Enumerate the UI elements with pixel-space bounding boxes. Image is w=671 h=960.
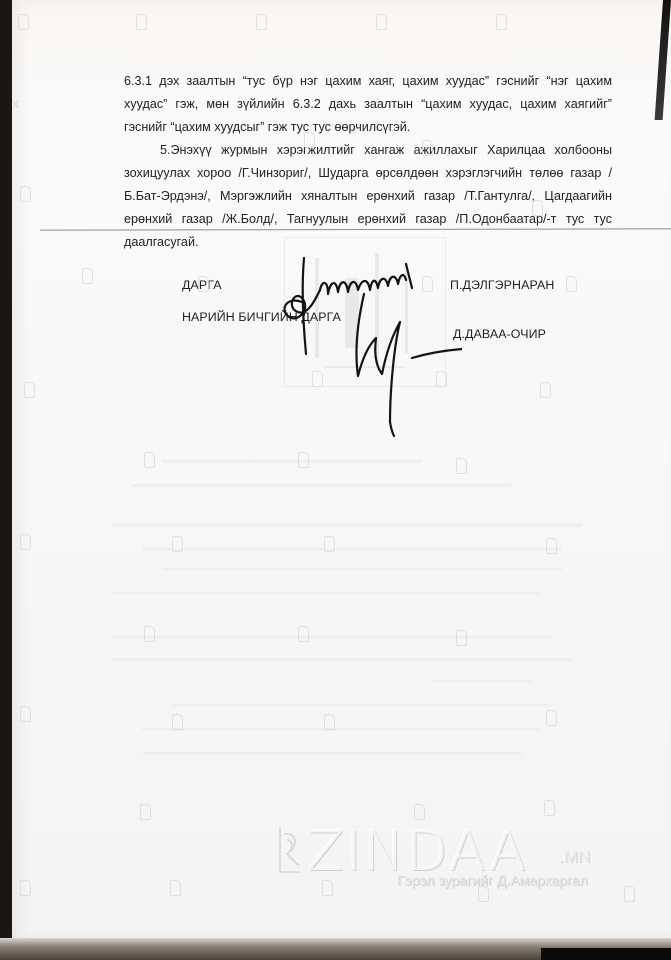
watermark-icon xyxy=(256,14,267,30)
background-edge-mark: x xyxy=(12,95,19,111)
watermark-icon xyxy=(20,706,31,722)
watermark-icon xyxy=(422,276,433,292)
watermark-icon xyxy=(18,14,29,30)
secretary-name: Д.ДАВАА-ОЧИР xyxy=(453,327,546,341)
watermark-icon xyxy=(456,630,467,646)
watermark-icon xyxy=(136,14,147,30)
watermark-icon xyxy=(546,710,557,726)
watermark-icon xyxy=(544,800,555,816)
watermark-icon xyxy=(82,268,93,284)
watermark-icon xyxy=(324,714,335,730)
watermark-icon xyxy=(20,880,31,896)
document-page: x 6.3.1 дэх заалтын “тус бүр нэг цахим х… xyxy=(12,0,671,940)
chair-name: П.ДЭЛГЭРНАРАН xyxy=(450,278,554,292)
watermark-icon xyxy=(24,382,35,398)
watermark-icon xyxy=(144,626,155,642)
watermark-icon xyxy=(20,534,31,550)
watermark-icon xyxy=(298,626,309,642)
watermark-icon xyxy=(540,382,551,398)
watermark-icon xyxy=(304,132,315,148)
watermark-icon xyxy=(140,804,151,820)
watermark-icon xyxy=(532,200,543,216)
watermark-icon xyxy=(172,714,183,730)
watermark-icon xyxy=(414,804,425,820)
paragraph-6-3: 6.3.1 дэх заалтын “тус бүр нэг цахим хая… xyxy=(124,70,612,139)
watermark-icon xyxy=(456,458,467,474)
watermark-icon xyxy=(546,538,557,554)
watermark-icon xyxy=(198,276,209,292)
watermark-icon xyxy=(170,880,181,896)
photo-background-corner xyxy=(541,948,671,960)
watermark-icon xyxy=(144,452,155,468)
watermark-tld: .MN xyxy=(559,847,590,867)
watermark-icon xyxy=(20,186,31,202)
watermark-icon xyxy=(496,14,507,30)
zindaa-watermark: ZINDAA .MN Гэрэл зурагийг Д.Амархаргал xyxy=(277,820,637,890)
handwritten-signatures xyxy=(272,250,462,440)
watermark-photo-credit: Гэрэл зурагийг Д.Амархаргал xyxy=(397,872,588,888)
watermark-icon xyxy=(436,371,447,387)
watermark-icon xyxy=(172,536,183,552)
zindaa-logo-icon xyxy=(277,826,303,874)
watermark-icon xyxy=(422,140,433,156)
watermark-icon xyxy=(324,536,335,552)
watermark-icon xyxy=(566,276,577,292)
watermark-icon xyxy=(298,452,309,468)
watermark-icon xyxy=(376,14,387,30)
watermark-icon xyxy=(312,371,323,387)
document-body: 6.3.1 дэх заалтын “тус бүр нэг цахим хая… xyxy=(124,70,612,254)
